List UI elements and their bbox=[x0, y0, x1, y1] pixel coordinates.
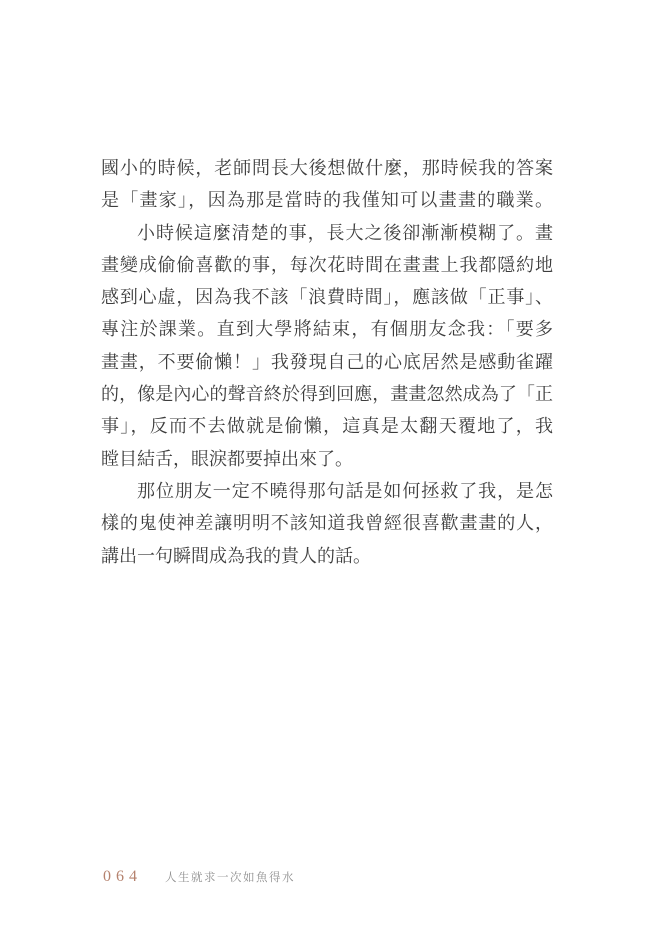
text-line: 的，像是內心的聲音終於得到回應，畫畫忽然成為了「正 bbox=[101, 378, 553, 410]
text-line: 是「畫家」，因為那是當時的我僅知可以畫畫的職業。 bbox=[101, 184, 553, 216]
text-line: 瞠目結舌，眼淚都要掉出來了。 bbox=[101, 443, 553, 475]
text-line: 樣的鬼使神差讓明明不該知道我曾經很喜歡畫畫的人， bbox=[101, 507, 553, 539]
text-line: 感到心虛，因為我不該「浪費時間」，應該做「正事」、 bbox=[101, 281, 553, 313]
text-line: 專注於課業。直到大學將結束，有個朋友念我：「要多 bbox=[101, 313, 553, 345]
text-line: 國小的時候，老師問長大後想做什麼，那時候我的答案 bbox=[101, 152, 553, 184]
body-text: 國小的時候，老師問長大後想做什麼，那時候我的答案是「畫家」，因為那是當時的我僅知… bbox=[101, 152, 553, 572]
text-line: 那位朋友一定不曉得那句話是如何拯救了我，是怎 bbox=[101, 475, 553, 507]
book-page: 國小的時候，老師問長大後想做什麼，那時候我的答案是「畫家」，因為那是當時的我僅知… bbox=[0, 0, 663, 932]
page-number: 064 bbox=[103, 866, 142, 888]
page-footer: 064 人生就求一次如魚得水 bbox=[103, 866, 295, 889]
book-title: 人生就求一次如魚得水 bbox=[165, 867, 295, 889]
text-line: 事」，反而不去做就是偷懶，這真是太翻天覆地了，我 bbox=[101, 410, 553, 442]
text-line: 畫畫，不要偷懶！」我發現自己的心底居然是感動雀躍 bbox=[101, 346, 553, 378]
text-line: 講出一句瞬間成為我的貴人的話。 bbox=[101, 540, 553, 572]
text-line: 小時候這麼清楚的事，長大之後卻漸漸模糊了。畫 bbox=[101, 217, 553, 249]
text-line: 畫變成偷偷喜歡的事，每次花時間在畫畫上我都隱約地 bbox=[101, 249, 553, 281]
